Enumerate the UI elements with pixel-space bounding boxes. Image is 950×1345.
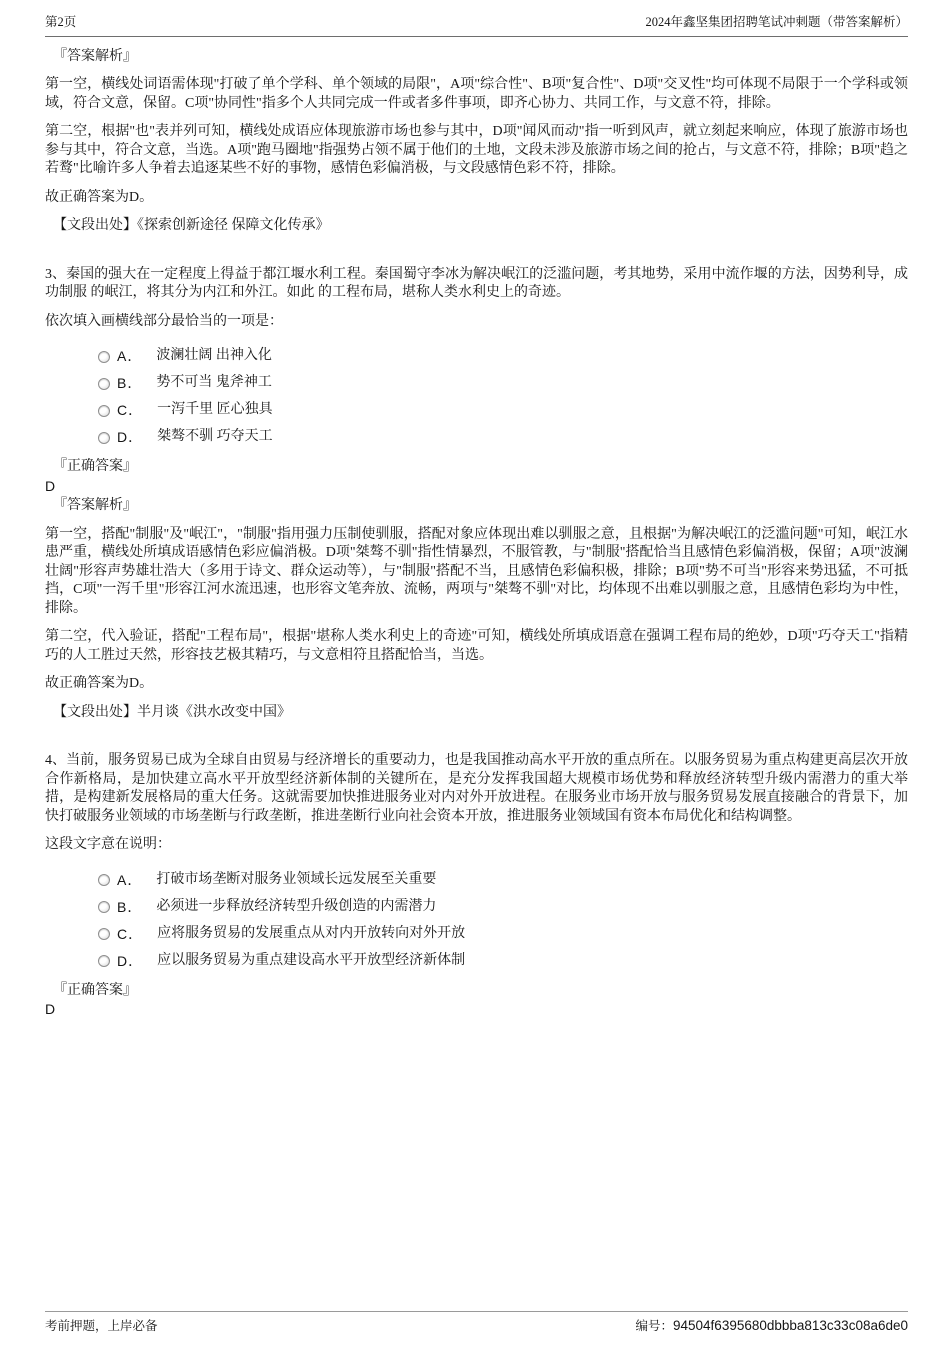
option-key: A．: [117, 347, 142, 366]
radio-button-icon[interactable]: [98, 928, 110, 940]
q3-option-d[interactable]: D． 桀骜不驯 巧夺天工: [45, 424, 908, 451]
option-text: 一泻千里 匠心独具: [157, 401, 273, 420]
q3-options: A． 波澜壮阔 出神入化 B． 势不可当 鬼斧神工 C． 一泻千里 匠心独具 D…: [45, 343, 908, 451]
document-serial: 编号： 94504f6395680dbbba813c33c08a6de0: [636, 1317, 909, 1336]
option-key: D．: [117, 428, 143, 447]
q4-option-a[interactable]: A． 打破市场垄断对服务业领域长远发展至关重要: [45, 867, 908, 894]
q2-analysis-paragraph-2: 第二空，根据"也"表并列可知，横线处成语应体现旅游市场也参与其中，D项"闻风而动…: [45, 123, 908, 179]
radio-button-icon[interactable]: [98, 901, 110, 913]
q3-option-b[interactable]: B． 势不可当 鬼斧神工: [45, 370, 908, 397]
q4-option-c[interactable]: C． 应将服务贸易的发展重点从对内开放转向对外开放: [45, 921, 908, 948]
q4-prompt: 这段文字意在说明：: [45, 836, 908, 855]
q2-analysis-heading: 『答案解析』: [45, 48, 908, 67]
q4-correct-answer-heading: 『正确答案』: [45, 982, 908, 1001]
document-page: 第2页 2024年鑫坚集团招聘笔试冲刺题（带答案解析） 『答案解析』 第一空，横…: [0, 0, 950, 1345]
option-text: 应将服务贸易的发展重点从对内开放转向对外开放: [157, 925, 465, 944]
q2-analysis-paragraph-1: 第一空，横线处词语需体现"打破了单个学科、单个领域的局限"，A项"综合性"、B项…: [45, 76, 908, 113]
option-text: 桀骜不驯 巧夺天工: [157, 428, 273, 447]
radio-button-icon[interactable]: [98, 405, 110, 417]
option-key: B．: [117, 374, 142, 393]
serial-value: 94504f6395680dbbba813c33c08a6de0: [673, 1317, 908, 1336]
q3-source-reference: 【文段出处】半月谈《洪水改变中国》: [45, 704, 908, 723]
q3-option-a[interactable]: A． 波澜壮阔 出神入化: [45, 343, 908, 370]
q3-analysis-paragraph-2: 第二空，代入验证，搭配"工程布局"，根据"堪称人类水利史上的奇迹"可知，横线处所…: [45, 628, 908, 665]
radio-button-icon[interactable]: [98, 432, 110, 444]
option-text: 应以服务贸易为重点建设高水平开放型经济新体制: [157, 952, 465, 971]
question-4-section: 4、当前，服务贸易已成为全球自由贸易与经济增长的重要动力，也是我国推动高水平开放…: [45, 752, 908, 1019]
radio-button-icon[interactable]: [98, 874, 110, 886]
footer-slogan: 考前押题，上岸必备: [45, 1317, 158, 1336]
q4-stem: 4、当前，服务贸易已成为全球自由贸易与经济增长的重要动力，也是我国推动高水平开放…: [45, 752, 908, 826]
q4-option-d[interactable]: D． 应以服务贸易为重点建设高水平开放型经济新体制: [45, 948, 908, 975]
document-title: 2024年鑫坚集团招聘笔试冲刺题（带答案解析）: [645, 13, 908, 32]
option-key: B．: [117, 898, 142, 917]
option-text: 必须进一步释放经济转型升级创造的内需潜力: [156, 898, 436, 917]
serial-label: 编号：: [636, 1317, 674, 1336]
option-text: 打破市场垄断对服务业领域长远发展至关重要: [156, 871, 436, 890]
q4-options: A． 打破市场垄断对服务业领域长远发展至关重要 B． 必须进一步释放经济转型升级…: [45, 867, 908, 975]
question-3-section: 3、秦国的强大在一定程度上得益于都江堰水利工程。秦国蜀守李冰为解决岷江的泛滥问题…: [45, 266, 908, 723]
q3-analysis-paragraph-1: 第一空，搭配"制服"及"岷江"，"制服"指用强力压制使驯服，搭配对象应体现出难以…: [45, 526, 908, 619]
option-text: 波澜壮阔 出神入化: [156, 347, 272, 366]
q4-option-b[interactable]: B． 必须进一步释放经济转型升级创造的内需潜力: [45, 894, 908, 921]
q3-option-c[interactable]: C． 一泻千里 匠心独具: [45, 397, 908, 424]
q4-correct-answer: D: [45, 1000, 908, 1019]
q2-conclusion: 故正确答案为D。: [45, 189, 908, 208]
option-text: 势不可当 鬼斧神工: [156, 374, 272, 393]
option-key: C．: [117, 925, 143, 944]
q3-correct-answer: D: [45, 477, 908, 496]
q3-correct-answer-heading: 『正确答案』: [45, 458, 908, 477]
q3-stem: 3、秦国的强大在一定程度上得益于都江堰水利工程。秦国蜀守李冰为解决岷江的泛滥问题…: [45, 266, 908, 303]
option-key: A．: [117, 871, 142, 890]
q2-answer-analysis-section: 『答案解析』 第一空，横线处词语需体现"打破了单个学科、单个领域的局限"，A项"…: [45, 48, 908, 236]
option-key: D．: [117, 952, 143, 971]
page-number: 第2页: [45, 13, 76, 32]
page-content: 『答案解析』 第一空，横线处词语需体现"打破了单个学科、单个领域的局限"，A项"…: [0, 48, 950, 1019]
page-footer: 考前押题，上岸必备 编号： 94504f6395680dbbba813c33c0…: [45, 1311, 908, 1336]
radio-button-icon[interactable]: [98, 955, 110, 967]
q3-prompt: 依次填入画横线部分最恰当的一项是：: [45, 313, 908, 332]
radio-button-icon[interactable]: [98, 378, 110, 390]
q2-source-reference: 【文段出处】《探索创新途径 保障文化传承》: [45, 217, 908, 236]
q3-analysis-heading: 『答案解析』: [45, 497, 908, 516]
q3-conclusion: 故正确答案为D。: [45, 675, 908, 694]
option-key: C．: [117, 401, 143, 420]
radio-button-icon[interactable]: [98, 351, 110, 363]
page-header: 第2页 2024年鑫坚集团招聘笔试冲刺题（带答案解析）: [45, 0, 908, 37]
